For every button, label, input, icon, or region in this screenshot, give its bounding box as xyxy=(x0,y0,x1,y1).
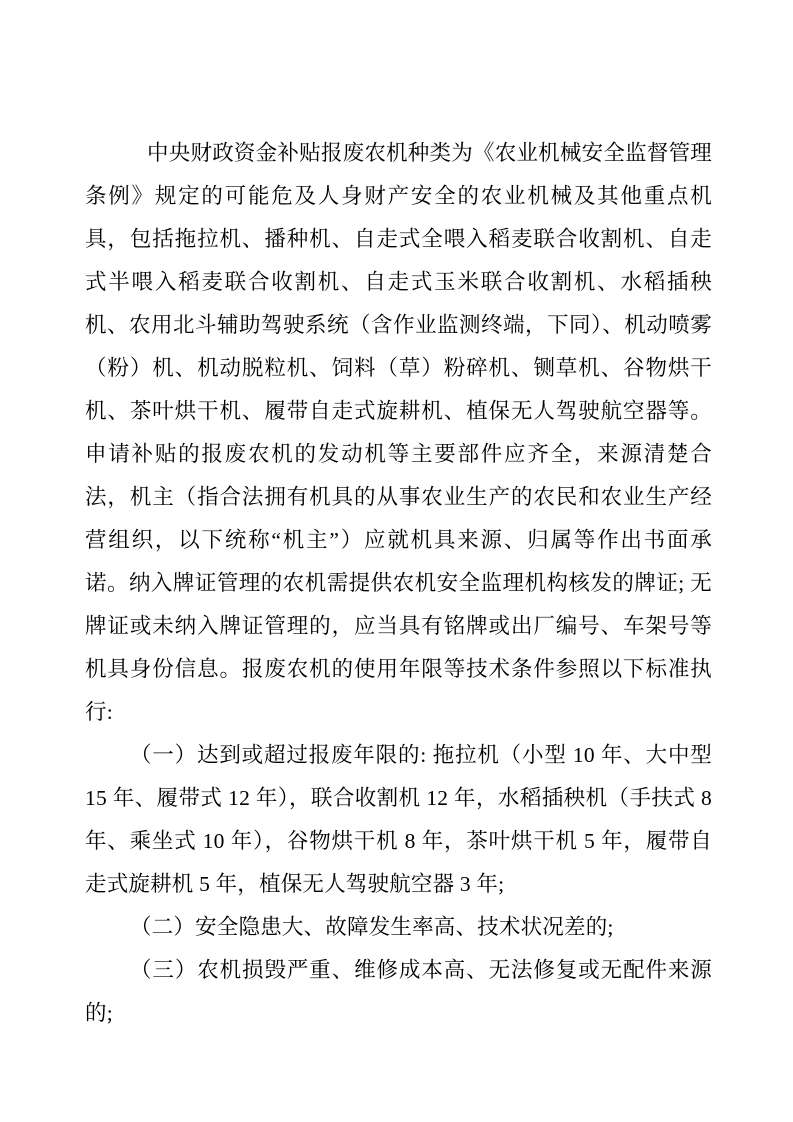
paragraph-intro: 中央财政资金补贴报废农机种类为《农业机械安全监督管理条例》规定的可能危及人身财产… xyxy=(85,132,712,734)
paragraph-item-2: （二）安全隐患大、故障发生率高、技术状况差的; xyxy=(85,906,712,949)
document-page: 中央财政资金补贴报废农机种类为《农业机械安全监督管理条例》规定的可能危及人身财产… xyxy=(0,0,793,1122)
paragraph-item-1: （一）达到或超过报废年限的: 拖拉机（小型 10 年、大中型 15 年、履带式 … xyxy=(85,734,712,906)
paragraph-item-3: （三）农机损毁严重、维修成本高、无法修复或无配件来源的; xyxy=(85,949,712,1035)
document-body: 中央财政资金补贴报废农机种类为《农业机械安全监督管理条例》规定的可能危及人身财产… xyxy=(85,132,712,1035)
